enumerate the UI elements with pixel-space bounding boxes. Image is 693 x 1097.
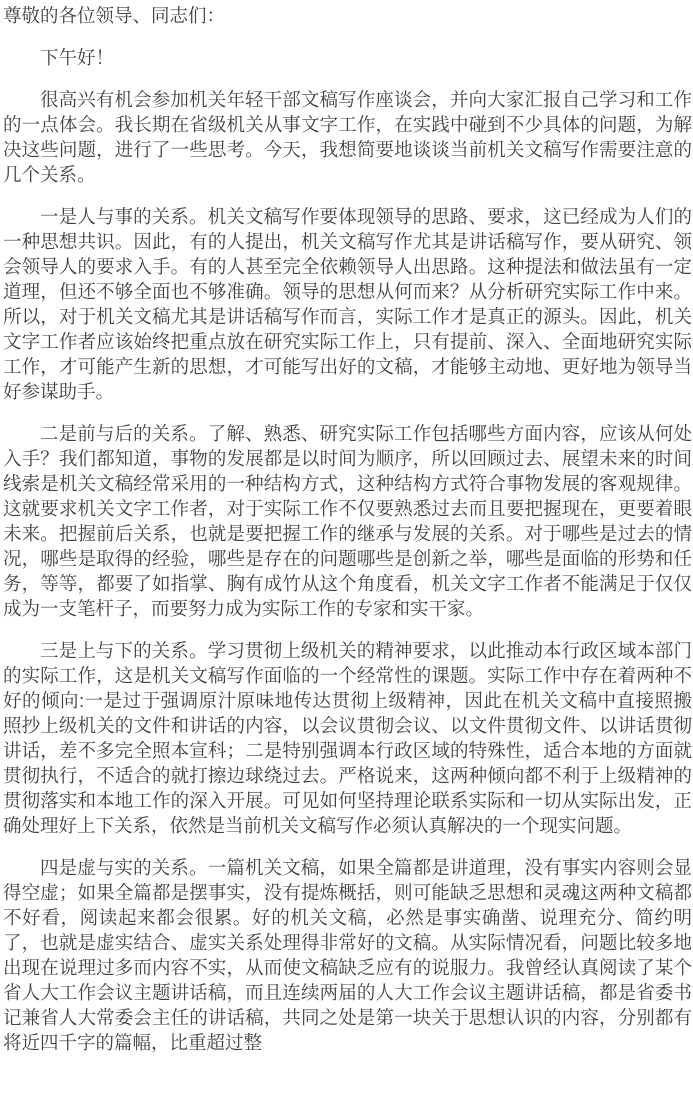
paragraph-greeting: 下午好！ [3, 45, 692, 70]
paragraph-point-2-before-vs-after: 二是前与后的关系。了解、熟悉、研究实际工作包括哪些方面内容，应该从何处入手？我们… [3, 421, 692, 621]
salutation-line: 尊敬的各位领导、同志们： [3, 3, 692, 28]
paragraph-point-4-abstract-vs-concrete: 四是虚与实的关系。一篇机关文稿，如果全篇都是讲道理，没有事实内容则会显得空虚；如… [3, 855, 692, 1055]
document-page: 尊敬的各位领导、同志们： 下午好！ 很高兴有机会参加机关年轻干部文稿写作座谈会，… [0, 0, 693, 1097]
paragraph-point-3-upper-vs-lower: 三是上与下的关系。学习贯彻上级机关的精神要求，以此推动本行政区域本部门的实际工作… [3, 638, 692, 838]
paragraph-intro: 很高兴有机会参加机关年轻干部文稿写作座谈会，并向大家汇报自己学习和工作的一点体会… [3, 87, 692, 187]
paragraph-point-1-people-vs-matters: 一是人与事的关系。机关文稿写作要体现领导的思路、要求，这已经成为人们的一种思想共… [3, 204, 692, 404]
